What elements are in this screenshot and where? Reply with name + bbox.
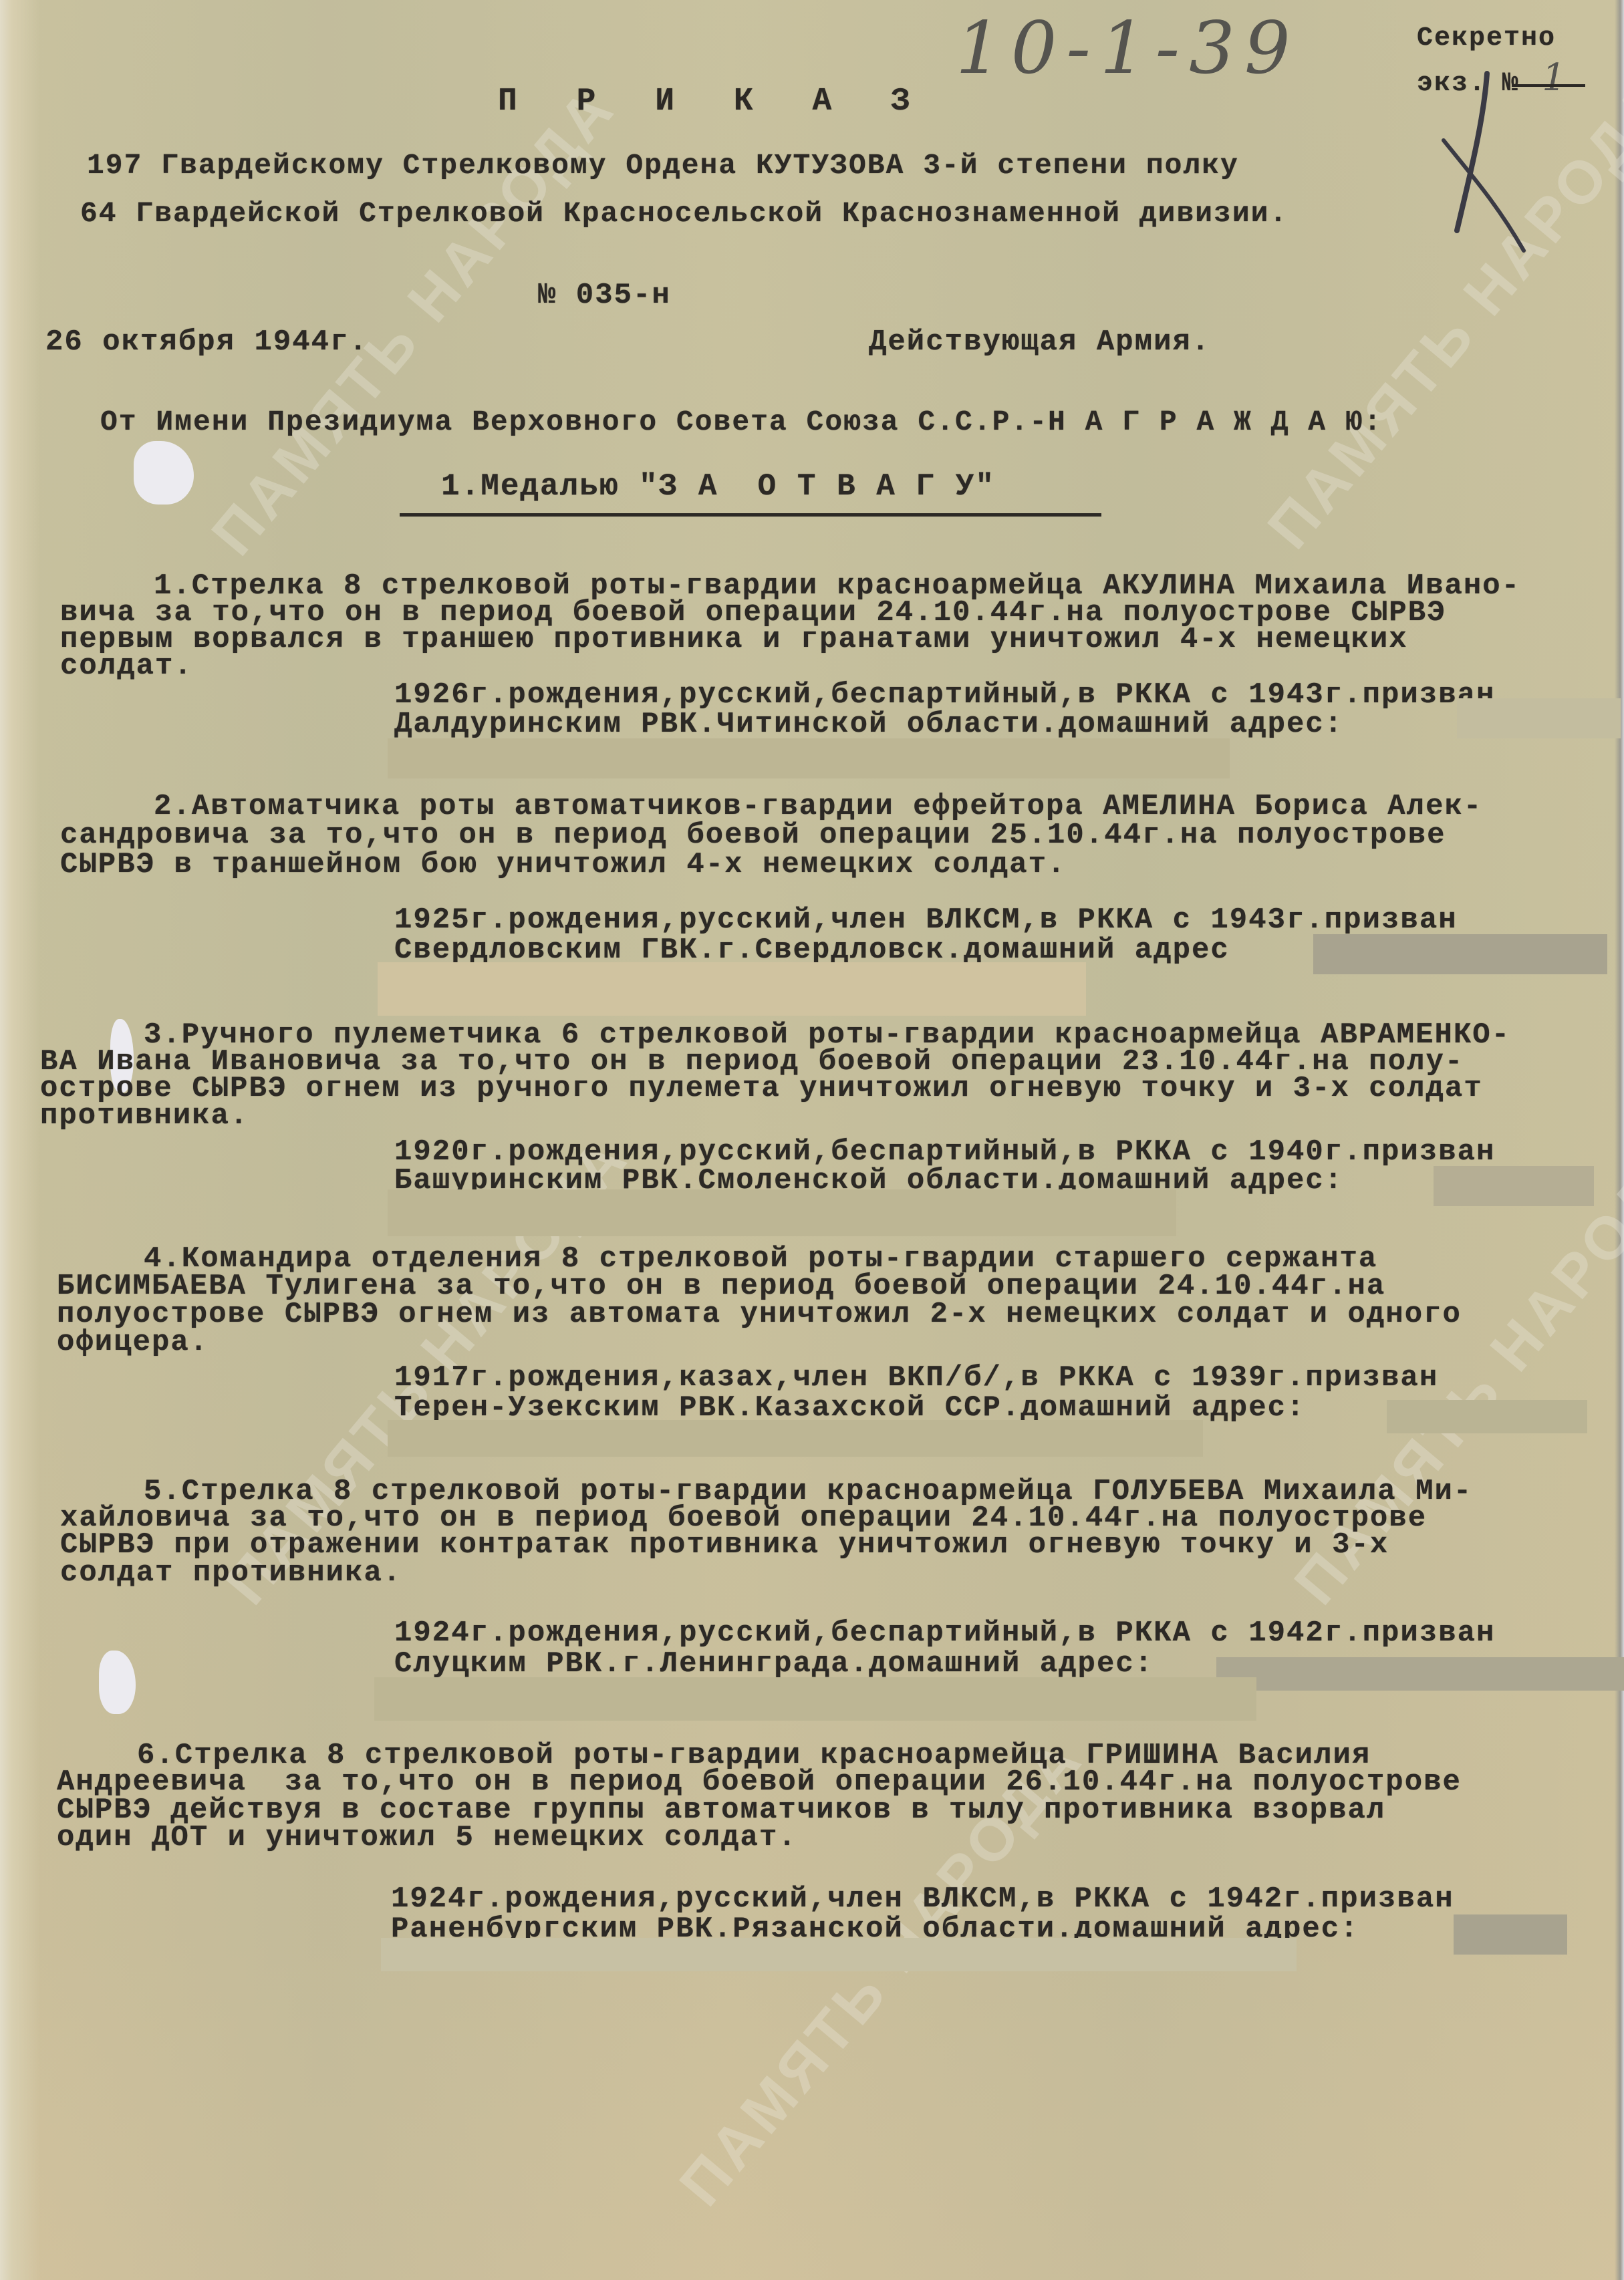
handwritten-reference: 10-1-39 — [956, 7, 1300, 90]
citation-line: первым ворвался в траншею противника и г… — [60, 625, 1408, 654]
award-heading: 1.Медалью "З А О Т В А Г У" — [441, 471, 995, 502]
bio-line: Свердловским ГВК.г.Свердловск.домашний а… — [394, 936, 1230, 965]
bio-line: 1924г.рождения,русский,член ВЛКСМ,в РККА… — [391, 1884, 1454, 1914]
citation-line: полуострове СЫРВЭ огнем из автомата унич… — [57, 1300, 1462, 1329]
redaction-block — [388, 738, 1230, 778]
citation-line: СЫРВЭ при отражении контратак противника… — [60, 1530, 1389, 1560]
paper-left-edge — [0, 0, 40, 2280]
order-location: Действующая Армия. — [869, 327, 1210, 357]
citation-line: противника. — [40, 1101, 249, 1131]
bio-line: Далдуринским РВК.Читинской области.домаш… — [394, 710, 1343, 739]
bio-line: Терен-Узекским РВК.Казахской ССР.домашни… — [394, 1393, 1305, 1423]
redaction-block — [1313, 934, 1607, 974]
bio-line: 1924г.рождения,русский,беспартийный,в РК… — [394, 1618, 1495, 1648]
redaction-block — [1434, 1166, 1594, 1206]
redaction-block — [1216, 1657, 1624, 1691]
award-heading-underline — [400, 513, 1101, 517]
redaction-block — [374, 1677, 1256, 1721]
classification-secret: Секретно — [1417, 25, 1556, 52]
redaction-block — [381, 1938, 1297, 1971]
redaction-block — [378, 962, 1086, 1016]
redaction-block — [388, 1189, 1176, 1236]
citation-line: СЫРВЭ в траншейном бою уничтожил 4-х нем… — [60, 850, 1066, 879]
redaction-block — [388, 1420, 1203, 1457]
order-date: 26 октября 1944г. — [45, 327, 368, 357]
citation-line: БИСИМБАЕВА Тулигена за то,что он в перио… — [57, 1272, 1385, 1301]
preamble: От Имени Президиума Верховного Совета Со… — [100, 408, 1383, 436]
citation-line: офицера. — [57, 1328, 209, 1357]
order-number: № 035-н — [538, 281, 671, 310]
addressee-line-2: 64 Гвардейской Стрелковой Красносельской… — [80, 199, 1288, 228]
bio-line: 1926г.рождения,русский,беспартийный,в РК… — [394, 680, 1495, 710]
paper-right-edge — [1615, 0, 1624, 2280]
bio-line: Слуцким РВК.г.Ленинграда.домашний адрес: — [394, 1649, 1154, 1679]
citation-line: солдат противника. — [60, 1558, 402, 1588]
document-title: П Р И К А З — [498, 86, 930, 118]
citation-line: Андреевича за то,что он в период боевой … — [57, 1767, 1462, 1797]
citation-line: сандровича за то,что он в период боевой … — [60, 821, 1446, 850]
citation-line: 2.Автоматчика роты автоматчиков-гвардии … — [154, 792, 1482, 821]
redaction-block — [1387, 1400, 1587, 1433]
citation-line: солдат. — [60, 652, 193, 681]
citation-line: один ДОТ и уничтожил 5 немецких солдат. — [57, 1823, 797, 1852]
citation-line: острове СЫРВЭ огнем из ручного пулемета … — [40, 1074, 1483, 1103]
redaction-block — [1457, 698, 1621, 738]
bio-line: 1925г.рождения,русский,член ВЛКСМ,в РККА… — [394, 905, 1458, 935]
bio-line: 1917г.рождения,казах,член ВКП/б/,в РККА … — [394, 1363, 1438, 1393]
addressee-line-1: 197 Гвардейскому Стрелковому Ордена КУТУ… — [87, 151, 1239, 180]
redaction-block — [1454, 1914, 1567, 1955]
bio-line: 1920г.рождения,русский,беспартийный,в РК… — [394, 1137, 1495, 1167]
pencil-cross-mark — [1417, 60, 1577, 261]
